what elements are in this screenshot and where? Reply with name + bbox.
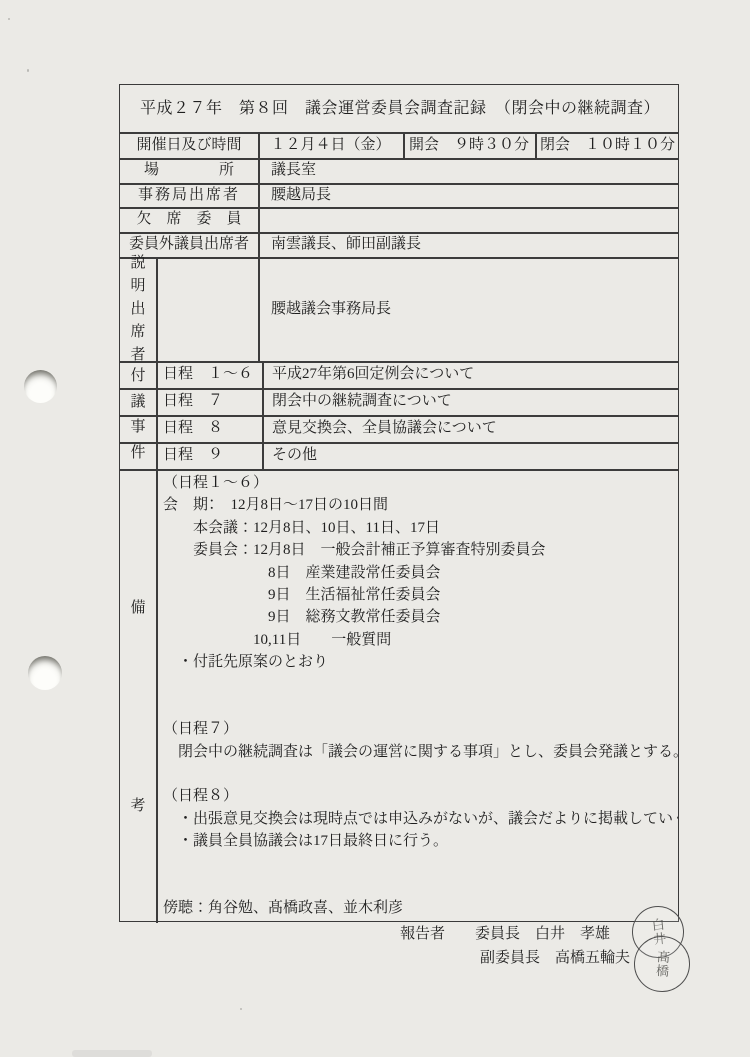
- explainer-label-char: 説: [130, 256, 145, 271]
- agenda-item-no: 日程 ７: [158, 388, 262, 415]
- notes-line: [163, 763, 678, 785]
- document-title: 平成２７年 第８回 議会運営委員会調査記録 （閉会中の継続調査）: [120, 85, 680, 132]
- datetime-close: 閉会 １０時１０分: [535, 132, 680, 158]
- absent-label: 欠 席 委 員: [120, 207, 258, 232]
- nonmember-label: 委員外議員出席者: [120, 232, 258, 257]
- notes-line: 9日 生活福祉常任委員会: [163, 584, 678, 606]
- notes-line: [163, 875, 678, 897]
- reporter-line: 報告者 委員長 白井 孝雄: [400, 924, 610, 944]
- agenda-item-no: 日程 １～６: [158, 361, 262, 388]
- paper-speck: [27, 69, 29, 72]
- explainer-value: 腰越議会事務局長: [258, 257, 680, 361]
- notes-line: ・付託先原案のとおり: [163, 651, 678, 673]
- notes-line: ・出張意見交換会は現時点では申込みがないが、議会だよりに掲載していく。: [163, 808, 678, 830]
- agenda-label-char: 議: [130, 395, 145, 410]
- notes-line: 閉会中の継続調査は「議会の運営に関する事項」とし、委員会発議とする。: [163, 741, 678, 763]
- place-label: 場 所: [120, 158, 258, 183]
- stamp-text: 髙橋: [655, 950, 670, 979]
- notes-line: [163, 696, 678, 718]
- notes-label-char: 考: [120, 794, 156, 815]
- notes-line: 8日 産業建設常任委員会: [163, 562, 678, 584]
- datetime-open: 開会 ９時３０分: [403, 132, 535, 158]
- explainer-label-char: 出: [130, 302, 145, 317]
- punch-hole: [24, 370, 57, 403]
- punch-hole: [28, 656, 62, 690]
- notes-line: （日程７）: [163, 718, 678, 740]
- meeting-record-table: 平成２７年 第８回 議会運営委員会調査記録 （閉会中の継続調査） 開催日及び時間…: [119, 84, 679, 922]
- notes-line: 本会議：12月8日、10日、11日、17日: [163, 517, 678, 539]
- notes-line: （日程１～６）: [163, 472, 678, 494]
- agenda-item-no: 日程 ８: [158, 415, 262, 442]
- agenda-label-char: 件: [130, 446, 145, 461]
- scanned-meeting-record-page: { "colors": { "paper": "#ebeae6", "ink":…: [0, 0, 750, 1057]
- secretariat-label: 事務局出席者: [120, 183, 258, 207]
- datetime-label: 開催日及び時間: [120, 132, 258, 158]
- place-value: 議長室: [258, 158, 680, 183]
- notes-line: 10,11日 一般質問: [163, 629, 678, 651]
- notes-line: 9日 総務文教常任委員会: [163, 606, 678, 628]
- agenda-item-title: 閉会中の継続調査について: [262, 388, 680, 415]
- paper-speck: [240, 1008, 242, 1010]
- notes-line: [163, 674, 678, 696]
- notes-label-char: 備: [120, 596, 156, 617]
- notes-line: ・議員全員協議会は17日最終日に行う。: [163, 830, 678, 852]
- agenda-item-title: 意見交換会、全員協議会について: [262, 415, 680, 442]
- notes-line: 会 期： 12月8日～17日の10日間: [163, 494, 678, 516]
- notes-line: 委員会：12月8日 一般会計補正予算審査特別委員会: [163, 539, 678, 561]
- notes-line: （日程８）: [163, 785, 678, 807]
- agenda-item-title: 平成27年第6回定例会について: [262, 361, 680, 388]
- explainer-label: 説 明 出 席 者: [120, 257, 156, 361]
- agenda-item-no: 日程 ９: [158, 442, 262, 469]
- nonmember-value: 南雲議長、師田副議長: [258, 232, 680, 257]
- absent-value: [258, 207, 680, 232]
- notes-line: 傍聴：角谷勉、髙橋政喜、並木利彦: [163, 897, 678, 919]
- notes-content: （日程１～６）会 期： 12月8日～17日の10日間 本会議：12月8日、10日…: [156, 469, 678, 921]
- secretariat-value: 腰越局長: [258, 183, 680, 207]
- paper-smudge: [72, 1050, 152, 1057]
- agenda-label-char: 事: [130, 420, 145, 435]
- notes-label: 備 考: [120, 469, 156, 922]
- datetime-date: １２月４日（金）: [258, 132, 403, 158]
- agenda-item-title: その他: [262, 442, 680, 469]
- explainer-label-char: 明: [130, 279, 145, 294]
- notes-line: [163, 853, 678, 875]
- deputy-reporter-line: 副委員長 高橋五輪夫: [480, 948, 630, 968]
- agenda-label: 付 議 事 件: [120, 361, 156, 469]
- agenda-label-char: 付: [130, 369, 145, 384]
- paper-speck: [8, 18, 10, 20]
- explainer-label-char: 席: [130, 325, 145, 340]
